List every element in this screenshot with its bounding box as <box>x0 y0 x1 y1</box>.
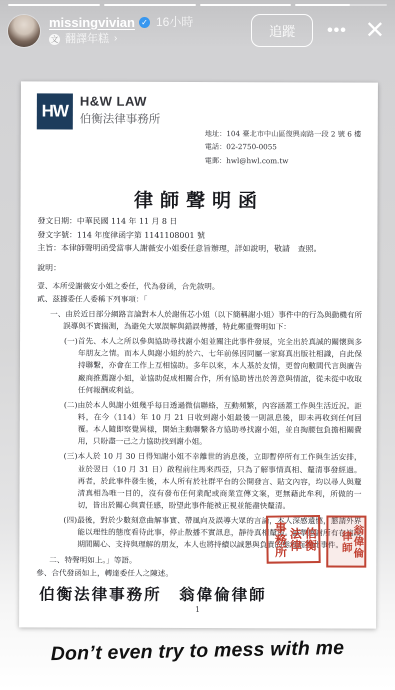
story-caption-text: Don’t even try to mess with me <box>0 636 395 667</box>
translate-icon: 文 <box>49 34 60 45</box>
username-link[interactable]: missingvivian <box>49 15 135 31</box>
lawyer-seal-stamp: 翁偉倫 律師 <box>326 515 366 567</box>
paragraph-2: 貳、茲據委任人委稱下列事項：「 <box>37 293 362 306</box>
translate-label: 翻譯年糕 <box>65 33 109 47</box>
story-progress-segment <box>104 4 196 6</box>
paragraph-3: 參、合代發函如上，轉達委任人之陳述。 <box>36 567 361 580</box>
story-viewer: missingvivian ✓ 16小時 文 翻譯年糕 › 追蹤 ••• ✕ H… <box>0 0 395 690</box>
firm-phone: 電話：02-2750-0055 <box>205 140 362 154</box>
firm-seal-stamp: 伯衡 法律 事務所 <box>266 515 321 564</box>
story-progress-bar <box>8 4 387 6</box>
statement-subitem-3: (三)本人於 10 月 30 日得知謝小姐不幸離世的消息後，立即暫停所有工作與生… <box>63 451 361 513</box>
firm-logo-block: HW H&W LAW 伯衡法律事務所 <box>37 93 161 129</box>
firm-name-zh: 伯衡法律事務所 <box>80 111 161 127</box>
story-timestamp: 16小時 <box>156 15 193 30</box>
firm-contact-block: 地址：104 臺北市中山區復興南路一段 2 號 6 樓 電話：02-2750-0… <box>205 127 362 167</box>
header-actions: 追蹤 ••• ✕ <box>251 14 389 47</box>
translate-row[interactable]: 文 翻譯年糕 › <box>49 33 193 47</box>
avatar[interactable] <box>8 15 40 47</box>
legal-letter: HW H&W LAW 伯衡法律事務所 地址：104 臺北市中山區復興南路一段 2… <box>19 81 378 628</box>
subject-line: 主旨：本律師聲明函受當事人謝薇安小姐委任意旨辦理，詳如說明，敬請 查照。 <box>37 243 362 257</box>
statement-subitem-1: (一)首先、本人之所以參與協助尋找謝小姐並關注此事件發展，完全出於真誠的關懷與多… <box>64 336 362 398</box>
firm-address: 地址：104 臺北市中山區復興南路一段 2 號 6 樓 <box>205 127 362 141</box>
statement-item-1: 一、由於近日部分網路言論對本人於謝侑芯小姐（以下簡稱謝小姐）事件中的行為與動機有… <box>50 308 362 333</box>
explanation-label: 說明： <box>37 262 362 276</box>
story-progress-segment <box>200 4 292 6</box>
close-icon[interactable]: ✕ <box>361 19 389 43</box>
page-number: 1 <box>19 604 376 614</box>
chevron-right-icon: › <box>114 33 117 46</box>
identity-block: missingvivian ✓ 16小時 文 翻譯年糕 › <box>49 15 193 47</box>
more-options-icon[interactable]: ••• <box>325 20 349 42</box>
verified-badge-icon: ✓ <box>139 17 150 28</box>
paragraph-1: 壹、本所受謝薇安小姐之委任，代為發函，合先敘明。 <box>37 280 362 293</box>
firm-email: 電郵：hwl@hwl.com.tw <box>205 154 362 168</box>
issue-date-line: 發文日期：中華民國 114 年 11 月 8 日 <box>37 215 362 229</box>
letter-title: 律師聲明函 <box>20 185 377 213</box>
firm-logo-icon: HW <box>37 93 73 129</box>
story-progress-segment <box>295 4 387 6</box>
story-header: missingvivian ✓ 16小時 文 翻譯年糕 › 追蹤 ••• ✕ <box>8 14 389 47</box>
story-progress-segment <box>8 4 100 6</box>
statement-subitem-2: (二)由於本人與謝小姐幾乎每日透過微信聯絡，互動頻繁，內容涵蓋工作與生活近況。詎… <box>64 399 362 449</box>
reference-number-line: 發文字號：114 年度律函字第 1141108001 號 <box>37 229 362 243</box>
seal-block: 伯衡 法律 事務所 翁偉倫 律師 <box>266 515 366 567</box>
firm-name-en: H&W LAW <box>80 94 161 109</box>
follow-button[interactable]: 追蹤 <box>251 14 313 47</box>
